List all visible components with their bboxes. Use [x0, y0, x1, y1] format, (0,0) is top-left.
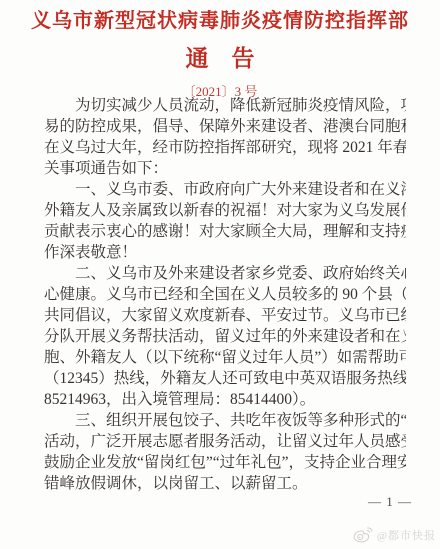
body-line: 鼓励企业发放“留岗红包”“过年礼包”，支持企业合理安排生产、	[44, 452, 406, 473]
body-line: 为切实减少人员流动，降低新冠肺炎疫情风险，巩固来之不	[44, 95, 406, 116]
body-line: 二、义乌市及外来建设者家乡党委、政府始终关心大家的身	[44, 263, 406, 284]
body-line: 贡献表示衷心的感谢！对大家顾全大局，理解和支持疫情防控工	[44, 221, 406, 242]
notice-body: 为切实减少人员流动，降低新冠肺炎疫情风险，巩固来之不 易的防控成果，倡导、保障外…	[44, 95, 406, 494]
body-line: 心健康。义乌市已经和全国在义人员较多的 90 个县（市、区）	[44, 284, 406, 305]
body-line: 错峰放假调休，以岗留工、以薪留工。	[44, 473, 406, 494]
scanned-notice-page: 义乌市新型冠状病毒肺炎疫情防控指挥部 通 告 〔2021〕3 号 为切实减少人员…	[0, 0, 440, 549]
body-line: 分队开展义务帮扶活动，留义过年的外来建设者和在义港澳台同	[44, 326, 406, 347]
intro-paragraph: 为切实减少人员流动，降低新冠肺炎疫情风险，巩固来之不 易的防控成果，倡导、保障外…	[44, 95, 406, 179]
body-line: 三、组织开展包饺子、共吃年夜饭等多种形式的“‘义’起过年”	[44, 410, 406, 431]
item-2-paragraph: 二、义乌市及外来建设者家乡党委、政府始终关心大家的身 心健康。义乌市已经和全国在…	[44, 263, 406, 410]
body-line: 胞、外籍友人（以下统称“留义过年人员”）如需帮助可致电 96150	[44, 347, 406, 368]
body-line: 在义乌过大年，经市防控指挥部研究，现将 2021 年春节期间有	[44, 137, 406, 158]
body-line: （12345）热线，外籍友人还可致电中英双语服务热线（外事办：	[44, 368, 406, 389]
body-line: 作深表敬意！	[44, 242, 406, 263]
body-line: 85214963，出入境管理局：85414400）。	[44, 389, 406, 410]
body-line: 共同倡议，大家留义欢度新春、平安过节。义乌市已组建党员小	[44, 305, 406, 326]
body-line: 关事项通告如下：	[44, 158, 406, 179]
notice-title: 义乌市新型冠状病毒肺炎疫情防控指挥部	[0, 4, 440, 33]
item-3-paragraph: 三、组织开展包饺子、共吃年夜饭等多种形式的“‘义’起过年” 活动，广泛开展志愿者…	[44, 410, 406, 494]
watermark-text: @都市快报	[377, 527, 436, 543]
body-line: 一、义乌市委、市政府向广大外来建设者和在义港澳台同胞、	[44, 179, 406, 200]
body-line: 外籍友人及亲属致以新春的祝福！对大家为义乌发展作出的积极	[44, 200, 406, 221]
body-line: 活动，广泛开展志愿者服务活动，让留义过年人员感受家的温馨。	[44, 431, 406, 452]
notice-header: 义乌市新型冠状病毒肺炎疫情防控指挥部 通 告 〔2021〕3 号	[0, 4, 440, 100]
item-1-paragraph: 一、义乌市委、市政府向广大外来建设者和在义港澳台同胞、 外籍友人及亲属致以新春的…	[44, 179, 406, 263]
page-number: — 1 —	[368, 494, 412, 510]
weibo-icon	[353, 527, 373, 543]
body-line: 易的防控成果，倡导、保障外来建设者、港澳台同胞和外籍友人	[44, 116, 406, 137]
notice-subtitle: 通 告	[0, 40, 440, 73]
watermark: @都市快报	[353, 527, 436, 543]
